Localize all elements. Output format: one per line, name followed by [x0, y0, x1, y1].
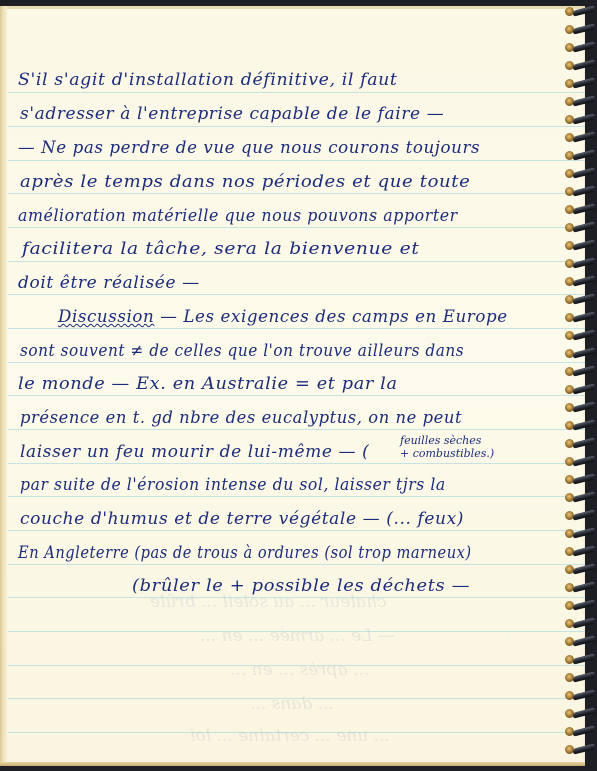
handwritten-line: (brûler le + possible les déchets —	[132, 576, 576, 596]
spiral-coil	[565, 564, 595, 574]
ruled-line	[8, 496, 585, 497]
spiral-coil	[565, 150, 595, 160]
spiral-coil	[565, 726, 595, 736]
handwritten-line: couche d'humus et de terre végétale — (.…	[20, 509, 555, 529]
ruled-line	[8, 294, 585, 295]
spiral-coil	[565, 6, 595, 16]
margin-note-line1: feuilles sèches	[400, 434, 481, 447]
spiral-coil	[565, 546, 595, 556]
spiral-coil	[565, 636, 595, 646]
ruled-line	[8, 429, 585, 430]
handwritten-line: — Ne pas perdre de vue que nous courons …	[18, 138, 544, 158]
spiral-coil	[565, 420, 595, 430]
ruled-line	[8, 126, 585, 127]
spiral-coil	[565, 294, 595, 304]
spiral-coil	[565, 690, 595, 700]
spiral-coil	[565, 582, 595, 592]
spiral-coil	[565, 438, 595, 448]
spiral-coil	[565, 132, 595, 142]
spiral-coil	[565, 654, 595, 664]
spiral-coil	[565, 276, 595, 286]
handwritten-line: présence en t. gd nbre des eucalyptus, o…	[20, 408, 534, 428]
ruled-line	[8, 92, 585, 93]
spiral-coil	[565, 744, 595, 754]
spiral-coil	[565, 312, 595, 322]
spiral-coil	[565, 78, 595, 88]
spiral-coil	[565, 60, 595, 70]
ruled-line	[8, 193, 585, 194]
spiral-coil	[565, 222, 595, 232]
spiral-coil	[565, 168, 595, 178]
spiral-coil	[565, 258, 595, 268]
spiral-coil	[565, 114, 595, 124]
spiral-coil	[565, 492, 595, 502]
spiral-coil	[565, 24, 595, 34]
ruled-line	[8, 160, 585, 161]
bleed-through-text: ... dans ...	[250, 694, 334, 714]
handwritten-line: S'il s'agit d'installation définitive, i…	[18, 70, 566, 90]
ruled-line	[8, 530, 585, 531]
ruled-line	[8, 395, 585, 396]
handwritten-line: doit être réalisée —	[18, 273, 555, 293]
spiral-coil	[565, 456, 595, 466]
spiral-coil	[565, 528, 595, 538]
notebook-page: chaleur ... au soleil ... brûle — Le ...…	[0, 6, 585, 766]
handwritten-line: sont souvent ≠ de celles que l'on trouve…	[20, 341, 502, 361]
spiral-coil	[565, 330, 595, 340]
ruled-line	[8, 328, 585, 329]
spiral-coil	[565, 366, 595, 376]
spiral-coil	[565, 474, 595, 484]
spiral-coil	[565, 384, 595, 394]
spiral-coil	[565, 600, 595, 610]
spiral-coil	[565, 204, 595, 214]
spiral-coil	[565, 510, 595, 520]
spiral-coil	[565, 672, 595, 682]
spiral-coil	[565, 42, 595, 52]
handwritten-line: par suite de l'érosion intense du sol, l…	[20, 475, 512, 495]
page-left-edge	[0, 6, 7, 766]
margin-note-line2: + combustibles.)	[400, 447, 494, 460]
handwritten-line: En Angleterre (pas de trous à ordures (s…	[18, 543, 480, 563]
handwritten-line: facilitera la tâche, sera la bienvenue e…	[22, 239, 585, 259]
handwritten-line: s'adresser à l'entreprise capable de le …	[20, 104, 555, 124]
ruled-line	[8, 261, 585, 262]
discussion-text: — Les exigences des camps en Europe	[154, 307, 507, 327]
spiral-coil	[565, 402, 595, 412]
ruled-line	[8, 227, 585, 228]
handwritten-line: après le temps dans nos périodes et que …	[20, 172, 585, 192]
handwritten-line-discussion: Discussion — Les exigences des camps en …	[58, 307, 545, 327]
spiral-binding	[563, 0, 597, 771]
bleed-through-text: ... après ... en ...	[230, 660, 369, 680]
ruled-line	[8, 362, 585, 363]
spiral-coil	[565, 618, 595, 628]
ruled-line	[8, 463, 585, 464]
page-top-edge	[0, 6, 585, 9]
spiral-coil	[565, 96, 595, 106]
handwritten-line: le monde — Ex. en Australie = et par la	[18, 374, 576, 394]
handwritten-line: amélioration matérielle que nous pouvons…	[18, 206, 517, 226]
bleed-through-text: — Le ... armée ... en ...	[200, 626, 395, 646]
discussion-heading: Discussion	[58, 307, 154, 327]
ruled-line	[8, 564, 585, 565]
page-bottom-edge	[0, 762, 585, 766]
spiral-coil	[565, 348, 595, 358]
spiral-coil	[565, 240, 595, 250]
spiral-coil	[565, 186, 595, 196]
bleed-through-text: ... une ... certaine ... loi	[190, 726, 390, 746]
spiral-coil	[565, 708, 595, 718]
